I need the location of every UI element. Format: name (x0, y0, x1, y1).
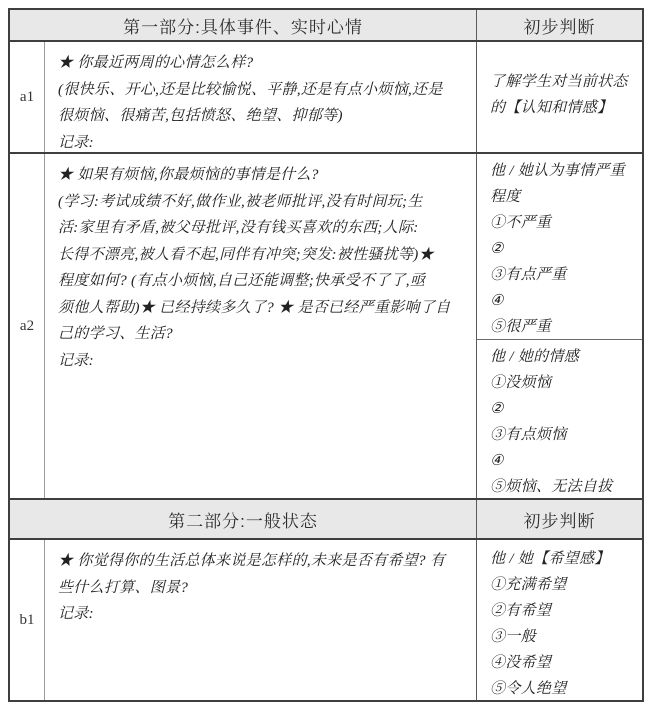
question-line: ★ 如果有烦恼,你最烦恼的事情是什么? (58, 162, 474, 189)
rating-option: ⑤令人绝望 (490, 676, 640, 700)
rating-option: ②有希望 (490, 598, 640, 624)
rating-option: ③一般 (490, 624, 640, 650)
question-line: 程度如何? (有点小烦恼,自己还能调整;快承受不了了,亟 (58, 268, 474, 295)
section1-header-row: 第一部分:具体事件、实时心情 初步判断 (10, 10, 642, 42)
judgment-line: 了解学生对当前状态 (490, 69, 640, 95)
question-line: ★ 你最近两周的心情怎么样? (58, 50, 474, 77)
row-b1-label: b1 (10, 540, 45, 700)
rating-option: ④ (490, 448, 640, 474)
section2-header-row: 第二部分:一般状态 初步判断 (10, 500, 642, 540)
row-a2-judgment-cell: 他 / 她认为事情严重 程度 ①不严重 ② ③有点严重 ④ ⑤很严重 他 / 她… (477, 154, 642, 498)
rating-option: ④ (490, 288, 640, 314)
rating-option: ③有点烦恼 (490, 422, 640, 448)
section1-title: 第一部分:具体事件、实时心情 (10, 10, 477, 40)
question-line: 长得不漂亮,被人看不起,同伴有冲突;突发:被性骚扰等)★ (58, 242, 474, 269)
judgment-line: 的【认知和情感】 (490, 95, 640, 121)
section1-judgment-header: 初步判断 (477, 10, 642, 40)
question-line: (很快乐、开心,还是比较愉悦、平静,还是有点小烦恼,还是 (58, 77, 474, 104)
row-a2-severity-subcell: 他 / 她认为事情严重 程度 ①不严重 ② ③有点严重 ④ ⑤很严重 (477, 154, 642, 340)
row-b1-question-cell: ★ 你觉得你的生活总体来说是怎样的,未来是否有希望? 有 些什么打算、图景? 记… (45, 540, 477, 700)
rating-option: ④没希望 (490, 650, 640, 676)
record-label: 记录: (58, 130, 474, 153)
rating-option: ①不严重 (490, 210, 640, 236)
question-line: 须他人帮助)★ 已经持续多久了? ★ 是否已经严重影响了自 (58, 295, 474, 322)
row-a2-emotion-subcell: 他 / 她的情感 ①没烦恼 ② ③有点烦恼 ④ ⑤烦恼、无法自拔 (477, 340, 642, 498)
row-a1-label: a1 (10, 42, 45, 152)
rating-option: ①充满希望 (490, 572, 640, 598)
row-b1-judgment-cell: 他 / 她【希望感】 ①充满希望 ②有希望 ③一般 ④没希望 ⑤令人绝望 (477, 540, 642, 700)
question-line: ★ 你觉得你的生活总体来说是怎样的,未来是否有希望? 有 (58, 548, 474, 575)
row-a1-judgment-cell: 了解学生对当前状态 的【认知和情感】 (477, 42, 642, 152)
row-a2-label: a2 (10, 154, 45, 498)
question-line: 己的学习、生活? (58, 321, 474, 348)
rating-option: ⑤很严重 (490, 314, 640, 340)
assessment-form-table: 第一部分:具体事件、实时心情 初步判断 a1 ★ 你最近两周的心情怎么样? (很… (8, 8, 644, 702)
judgment-line: 他 / 她的情感 (490, 344, 640, 370)
record-label: 记录: (58, 601, 474, 628)
question-line: (学习:考试成绩不好,做作业,被老师批评,没有时间玩;生 (58, 189, 474, 216)
rating-option: ② (490, 236, 640, 262)
section2-title: 第二部分:一般状态 (10, 500, 477, 538)
row-b1: b1 ★ 你觉得你的生活总体来说是怎样的,未来是否有希望? 有 些什么打算、图景… (10, 540, 642, 700)
question-line: 很烦恼、很痛苦,包括愤怒、绝望、抑郁等) (58, 103, 474, 130)
record-label: 记录: (58, 348, 474, 375)
section2-judgment-header: 初步判断 (477, 500, 642, 538)
judgment-line: 他 / 她认为事情严重 (490, 158, 640, 184)
judgment-line: 他 / 她【希望感】 (490, 546, 640, 572)
rating-option: ①没烦恼 (490, 370, 640, 396)
question-line: 活:家里有矛盾,被父母批评,没有钱买喜欢的东西;人际: (58, 215, 474, 242)
row-a1-question-cell: ★ 你最近两周的心情怎么样? (很快乐、开心,还是比较愉悦、平静,还是有点小烦恼… (45, 42, 477, 152)
row-a2-question-cell: ★ 如果有烦恼,你最烦恼的事情是什么? (学习:考试成绩不好,做作业,被老师批评… (45, 154, 477, 498)
question-line: 些什么打算、图景? (58, 575, 474, 602)
rating-option: ③有点严重 (490, 262, 640, 288)
row-a2: a2 ★ 如果有烦恼,你最烦恼的事情是什么? (学习:考试成绩不好,做作业,被老… (10, 154, 642, 500)
judgment-line: 程度 (490, 184, 640, 210)
rating-option: ⑤烦恼、无法自拔 (490, 474, 640, 498)
rating-option: ② (490, 396, 640, 422)
row-a1: a1 ★ 你最近两周的心情怎么样? (很快乐、开心,还是比较愉悦、平静,还是有点… (10, 42, 642, 154)
